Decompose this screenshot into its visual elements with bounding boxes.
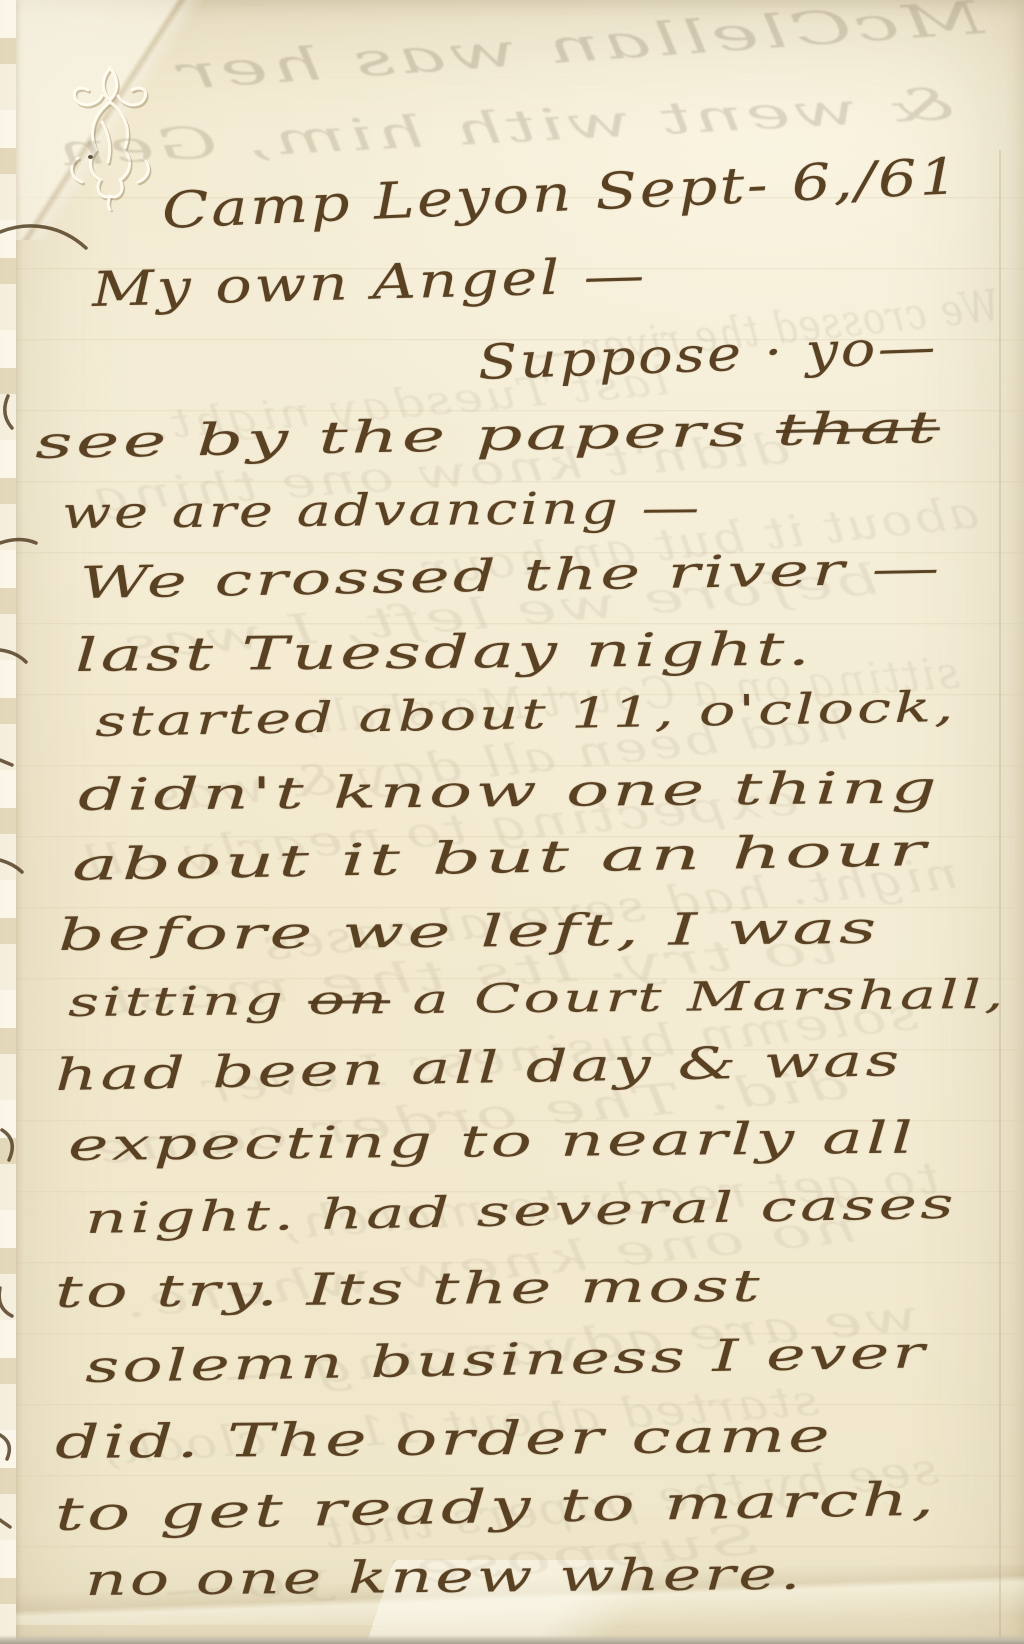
bleedthrough-line: see by the papers that bbox=[319, 1452, 863, 1559]
letter-line: last Tuesday night. bbox=[75, 622, 813, 682]
bleedthrough-line: no one knew where. bbox=[119, 1231, 587, 1328]
bleedthrough-line: Suppose · yo— bbox=[159, 1537, 500, 1615]
left-edge-ink-marks bbox=[0, 0, 120, 1644]
date-line: Camp Leyon Sept- 6,/61 bbox=[161, 147, 962, 240]
bleedthrough-line: did. The order came bbox=[89, 1085, 560, 1175]
letter-line: Suppose · yo— bbox=[477, 319, 939, 391]
bleedthrough-line: started about 11, o'clock, bbox=[99, 1384, 695, 1474]
letter-line: before we left, I was bbox=[58, 903, 880, 961]
bleedthrough-line: solemn business I ever bbox=[199, 1006, 755, 1115]
right-margin-line bbox=[999, 150, 1001, 1644]
ruled-lines bbox=[0, 128, 1024, 1616]
bleedthrough-line: to get ready to march, bbox=[279, 1161, 824, 1250]
bleedthrough-line: night. had several cases bbox=[259, 860, 847, 972]
torn-left-edge bbox=[0, 0, 16, 1644]
scan-edge-strip bbox=[0, 1635, 1024, 1644]
letter-line: night. had several cases bbox=[85, 1179, 958, 1243]
bleedthrough-line: didn't know one thing bbox=[89, 437, 598, 521]
letter-line: about it but an hour bbox=[72, 825, 930, 891]
letter-line: sitting on a Court Marshall, bbox=[68, 972, 1007, 1026]
letter-line: expecting to nearly all bbox=[68, 1113, 917, 1171]
bleedthrough-line: had been all day & was bbox=[149, 717, 692, 822]
letter-line: to try. Its the most bbox=[55, 1261, 763, 1318]
letter-page: McClellan was her& went with him, GenWe … bbox=[0, 0, 1024, 1644]
bleedthrough-line: We crossed the river — bbox=[529, 271, 1024, 380]
ink-speck bbox=[88, 155, 93, 159]
bottom-fold bbox=[366, 1560, 723, 1644]
letter-line: to get ready to march, bbox=[55, 1472, 938, 1541]
letter-line: solemn business I ever bbox=[85, 1327, 928, 1393]
bleedthrough-line: about it but an hour bbox=[419, 495, 909, 597]
bottom-crease bbox=[0, 1565, 1024, 1625]
letter-line: didn't know one thing bbox=[78, 762, 940, 821]
bleedthrough-line: McClellan was her bbox=[174, 14, 646, 101]
letter-line: see by the papers that bbox=[35, 402, 941, 469]
letter-line: had been all day & was bbox=[55, 1035, 903, 1101]
letter-line: started about 11, o'clock, bbox=[95, 682, 957, 746]
bleedthrough-line: we are advancing — bbox=[219, 1309, 710, 1402]
embossed-seal-icon bbox=[58, 62, 162, 212]
bleedthrough-line: expecting to nearly all bbox=[79, 792, 604, 886]
letter-line: we are advancing — bbox=[62, 482, 702, 539]
bleedthrough-line: to try. Its the most bbox=[99, 945, 533, 1024]
bleedthrough-line: last Tuesday night. bbox=[149, 367, 575, 450]
letter-line: did. The order came bbox=[55, 1408, 833, 1469]
letter-line: We crossed the river — bbox=[80, 543, 943, 609]
letter-line: no one knew where. bbox=[85, 1549, 804, 1606]
top-left-fold-crease bbox=[0, 0, 360, 240]
bleedthrough-line: before we left, I was bbox=[119, 579, 598, 669]
bleedthrough-line: sitting on a Court Marshall, bbox=[299, 647, 975, 745]
bleedthrough-line: & went with him, Gen bbox=[54, 98, 586, 177]
salutation-line: My own Angel — bbox=[91, 247, 647, 318]
